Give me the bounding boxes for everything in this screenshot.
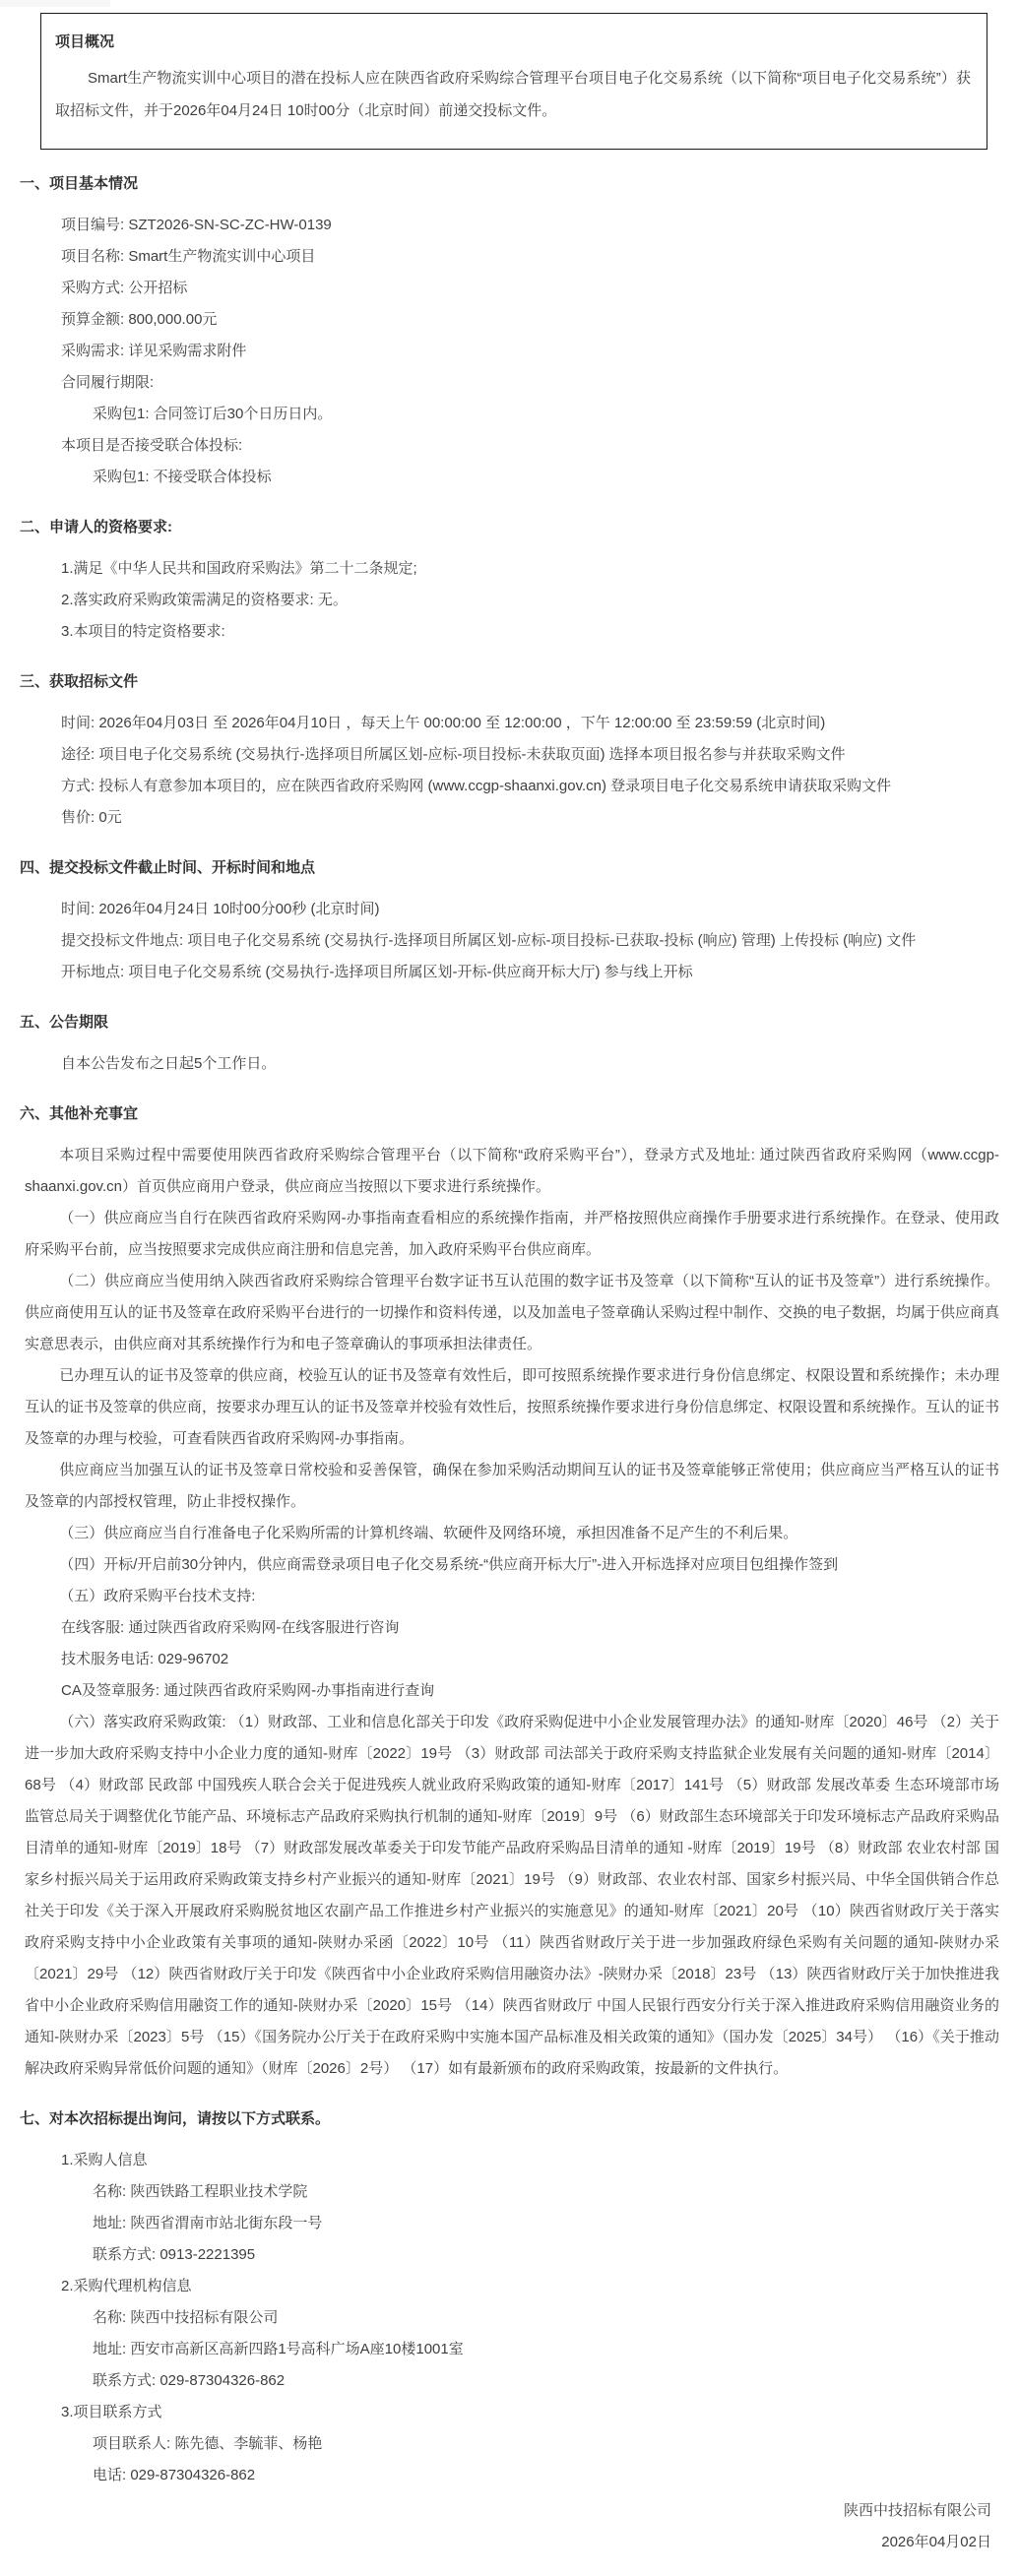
document-line: 提交投标文件地点: 项目电子化交易系统 (交易执行-选择项目所属区划-应标-项目… <box>61 925 1001 957</box>
announcement-page: 项目概况 Smart生产物流实训中心项目的潜在投标人应在陕西省政府采购综合管理平… <box>0 0 1019 2576</box>
document-line: 采购方式: 公开招标 <box>61 273 1001 304</box>
document-line: （一）供应商应当自行在陕西省政府采购网-办事指南查看相应的系统操作指南，并严格按… <box>25 1203 999 1266</box>
document-line: 供应商应当加强互认的证书及签章日常校验和妥善保管，确保在参加采购活动期间互认的证… <box>25 1455 999 1518</box>
document-line: 时间: 2026年04月03日 至 2026年04月10日 ，每天上午 00:0… <box>61 708 1001 739</box>
document-line: 地址: 西安市高新区高新四路1号高科广场A座10楼1001室 <box>93 2334 1001 2365</box>
document-line: （六）落实政府采购政策: （1）财政部、工业和信息化部关于印发《政府采购促进中小… <box>25 1707 999 2085</box>
document-line: 2.落实政府采购政策需满足的资格要求: 无。 <box>61 585 1001 616</box>
document-line: 在线客服: 通过陕西省政府采购网-在线客服进行咨询 <box>61 1612 1001 1644</box>
page-top-artifact <box>0 0 110 7</box>
document-line: CA及签章服务: 通过陕西省政府采购网-办事指南进行查询 <box>61 1675 1001 1707</box>
footer-agency-name: 陕西中技招标有限公司 <box>20 2495 991 2527</box>
section-heading: 五、公告期限 <box>20 1007 1001 1038</box>
document-line: （二）供应商应当使用纳入陕西省政府采购综合管理平台数字证书互认范围的数字证书及签… <box>25 1266 999 1360</box>
document-footer: 陕西中技招标有限公司 2026年04月02日 <box>20 2495 1001 2558</box>
document-line: 电话: 029-87304326-862 <box>93 2460 1001 2491</box>
section-heading: 一、项目基本情况 <box>20 168 1001 200</box>
document-line: （四）开标/开启前30分钟内，供应商需登录项目电子化交易系统-“供应商开标大厅”… <box>25 1549 999 1581</box>
document-line: 已办理互认的证书及签章的供应商，校验互认的证书及签章有效性后，即可按照系统操作要… <box>25 1360 999 1455</box>
document-line: 项目联系人: 陈先德、李毓菲、杨艳 <box>93 2428 1001 2460</box>
section-heading: 三、获取招标文件 <box>20 666 1001 698</box>
document-line: 2.采购代理机构信息 <box>61 2271 1001 2302</box>
section-heading: 二、申请人的资格要求: <box>20 512 1001 543</box>
document-line: 时间: 2026年04月24日 10时00分00秒 (北京时间) <box>61 894 1001 925</box>
document-line: 售价: 0元 <box>61 802 1001 834</box>
document-line: （三）供应商应当自行准备电子化采购所需的计算机终端、软硬件及网络环境，承担因准备… <box>25 1518 999 1549</box>
document-line: 地址: 陕西省渭南市站北街东段一号 <box>93 2208 1001 2239</box>
section-heading: 四、提交投标文件截止时间、开标时间和地点 <box>20 852 1001 884</box>
section-heading: 六、其他补充事宜 <box>20 1099 1001 1130</box>
document-line: 方式: 投标人有意参加本项目的，应在陕西省政府采购网 (www.ccgp-sha… <box>61 771 1001 802</box>
document-line: 3.项目联系方式 <box>61 2397 1001 2428</box>
document-line: 采购包1: 不接受联合体投标 <box>93 462 1001 493</box>
document-line: 名称: 陕西中技招标有限公司 <box>93 2302 1001 2334</box>
document-line: 项目编号: SZT2026-SN-SC-ZC-HW-0139 <box>61 210 1001 241</box>
document-line: 采购包1: 合同签订后30个日历日内。 <box>93 399 1001 430</box>
document-line: 预算金额: 800,000.00元 <box>61 304 1001 336</box>
document-line: 合同履行期限: <box>61 367 1001 399</box>
document-line: 1.采购人信息 <box>61 2145 1001 2176</box>
document-line: 3.本项目的特定资格要求: <box>61 616 1001 648</box>
document-line: 途径: 项目电子化交易系统 (交易执行-选择项目所属区划-应标-项目投标-未获取… <box>61 739 1001 771</box>
section-heading: 七、对本次招标提出询问，请按以下方式联系。 <box>20 2104 1001 2135</box>
document-line: 技术服务电话: 029-96702 <box>61 1644 1001 1675</box>
footer-date: 2026年04月02日 <box>20 2527 991 2558</box>
document-line: 采购需求: 详见采购需求附件 <box>61 336 1001 367</box>
document-line: 项目名称: Smart生产物流实训中心项目 <box>61 241 1001 273</box>
project-overview-box: 项目概况 Smart生产物流实训中心项目的潜在投标人应在陕西省政府采购综合管理平… <box>40 13 987 150</box>
document-line: 本项目采购过程中需要使用陕西省政府采购综合管理平台（以下简称“政府采购平台”），… <box>25 1140 999 1203</box>
document-line: 1.满足《中华人民共和国政府采购法》第二十二条规定; <box>61 553 1001 585</box>
document-line: 本项目是否接受联合体投标: <box>61 430 1001 462</box>
document-line: 名称: 陕西铁路工程职业技术学院 <box>93 2176 1001 2208</box>
overview-title: 项目概况 <box>55 26 971 59</box>
overview-body-text: Smart生产物流实训中心项目的潜在投标人应在陕西省政府采购综合管理平台项目电子… <box>55 62 971 127</box>
document-content: 一、项目基本情况项目编号: SZT2026-SN-SC-ZC-HW-0139项目… <box>20 168 1001 2491</box>
document-line: 联系方式: 029-87304326-862 <box>93 2365 1001 2397</box>
document-line: 自本公告发布之日起5个工作日。 <box>61 1048 1001 1080</box>
document-line: （五）政府采购平台技术支持: <box>25 1581 999 1612</box>
document-line: 联系方式: 0913-2221395 <box>93 2239 1001 2271</box>
document-line: 开标地点: 项目电子化交易系统 (交易执行-选择项目所属区划-开标-供应商开标大… <box>61 957 1001 988</box>
